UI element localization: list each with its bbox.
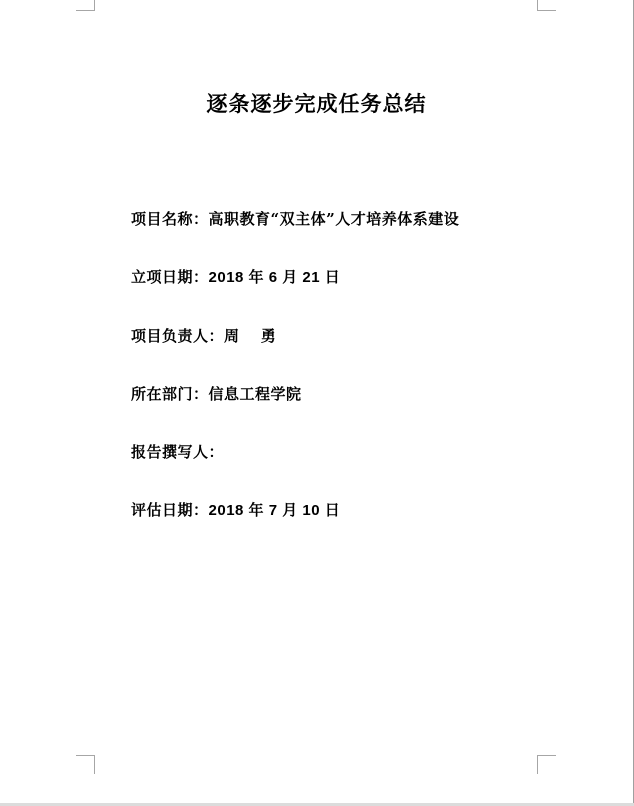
field-start-date: 立项日期：2018 年 6 月 21 日 bbox=[131, 266, 340, 287]
field-value: 2018 年 6 月 21 日 bbox=[209, 269, 341, 286]
corner-mark-top-right bbox=[537, 0, 556, 11]
field-label: 项目名称： bbox=[131, 210, 209, 228]
field-report-author: 报告撰写人： bbox=[131, 441, 224, 462]
field-department: 所在部门：信息工程学院 bbox=[131, 383, 302, 404]
field-label: 所在部门： bbox=[131, 385, 209, 403]
corner-mark-bottom-left bbox=[76, 755, 95, 774]
field-value: 高职教育“双主体”人才培养体系建设 bbox=[209, 210, 460, 228]
field-label: 立项日期： bbox=[131, 268, 209, 286]
field-evaluation-date: 评估日期：2018 年 7 月 10 日 bbox=[131, 499, 340, 520]
document-title: 逐条逐步完成任务总结 bbox=[0, 88, 633, 118]
field-label: 项目负责人： bbox=[131, 327, 224, 345]
field-label: 报告撰写人： bbox=[131, 443, 224, 461]
corner-mark-bottom-right bbox=[537, 755, 556, 774]
corner-mark-top-left bbox=[76, 0, 95, 11]
field-value: 2018 年 7 月 10 日 bbox=[209, 502, 341, 519]
field-project-lead: 项目负责人：周 勇 bbox=[131, 325, 276, 346]
field-label: 评估日期： bbox=[131, 501, 209, 519]
field-value: 信息工程学院 bbox=[209, 385, 302, 403]
field-project-name: 项目名称：高职教育“双主体”人才培养体系建设 bbox=[131, 208, 459, 229]
field-value: 周 勇 bbox=[224, 327, 276, 345]
document-page: 逐条逐步完成任务总结 项目名称：高职教育“双主体”人才培养体系建设 立项日期：2… bbox=[0, 0, 634, 803]
